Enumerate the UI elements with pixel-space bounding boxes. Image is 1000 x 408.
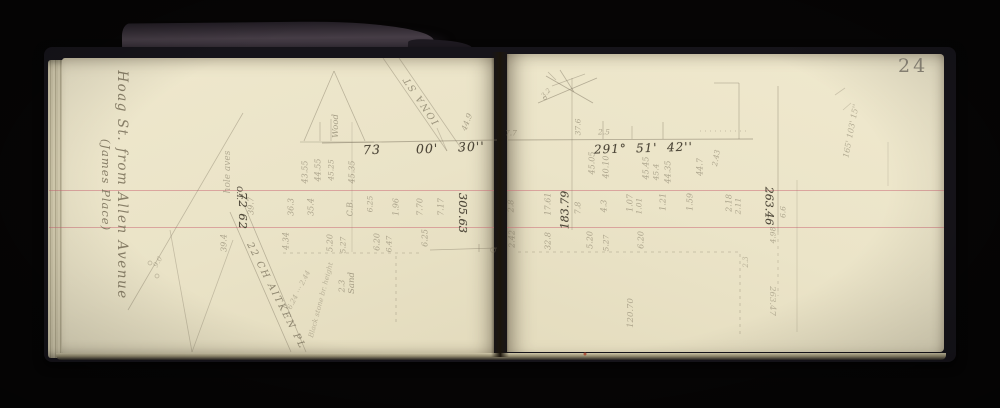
left-bearing-minutes: 00' <box>416 141 439 157</box>
pencil-annotation: 44.7 <box>696 158 705 176</box>
margin-title: Hoag St. from Allen Avenue (James Place) <box>96 70 130 300</box>
station-value: 72 62 <box>236 192 250 230</box>
pencil-annotation: 1.07 <box>626 194 635 212</box>
left-page-total: 305.63 <box>456 193 470 233</box>
pencil-annotation: 39.4 <box>220 234 229 252</box>
right-bearing-seconds: 42'' <box>667 140 693 155</box>
pencil-annotation: 4.98 <box>769 227 778 244</box>
left-bearing-degrees: 73 <box>363 142 381 158</box>
margin-title-line2: (James Place) <box>98 70 113 300</box>
pencil-annotation: Sand <box>347 272 357 294</box>
pencil-annotation: 1.01 <box>635 198 644 215</box>
pencil-annotation: 6.25 <box>366 196 375 213</box>
pencil-annotation: 7.8 <box>574 202 583 215</box>
margin-title-line1: Hoag St. from Allen Avenue <box>113 70 130 300</box>
pencil-annotation: 2.3 <box>742 256 750 267</box>
pencil-annotation: 45.35 <box>348 161 357 184</box>
pencil-annotation: 44.35 <box>664 161 673 184</box>
pencil-annotation: 45.25 <box>327 159 336 180</box>
pencil-annotation-layer: 45.3544.5543.5545.25Wood44.939.736.335.4… <box>0 0 1000 408</box>
pencil-annotation: 2.42 <box>508 230 517 248</box>
pencil-annotation: 43.55 <box>301 161 310 184</box>
pencil-annotation: 7.17 <box>437 198 446 216</box>
pencil-annotation: 5.20 <box>586 231 595 249</box>
pencil-annotation: 1.59 <box>686 193 695 211</box>
pencil-annotation: Wood <box>331 114 341 138</box>
pencil-annotation: 6.24 ⋯ 2.44 <box>286 269 312 311</box>
pencil-annotation: 32.8 <box>544 232 553 250</box>
pencil-annotation: 6.6 <box>779 206 788 218</box>
pencil-annotation: 6.25 <box>421 229 430 247</box>
page-number: 24 <box>898 55 928 77</box>
right-page-left-total: 183.79 <box>559 191 572 230</box>
right-page-right-total: 263.46 <box>763 187 776 226</box>
pencil-annotation: hole aves <box>223 151 233 194</box>
pencil-annotation: 35.4 <box>307 198 316 216</box>
pencil-annotation: 7.70 <box>416 198 425 216</box>
pencil-annotation: 120.70 <box>626 298 636 328</box>
pencil-annotation: 2.11 <box>734 198 743 215</box>
pencil-annotation: 45.45 <box>642 157 651 180</box>
pencil-annotation: 5.27 <box>339 237 348 254</box>
pencil-annotation: 36.3 <box>287 198 296 216</box>
pencil-annotation: 2.8 <box>507 200 516 213</box>
pencil-annotation: 6.20 <box>373 233 382 251</box>
pencil-annotation: 165' 103' 15'' <box>841 103 860 158</box>
pencil-annotation: 9.0 <box>152 255 164 269</box>
right-bearing-degrees: 291° <box>594 141 627 156</box>
pencil-annotation: 7.7 <box>505 129 517 138</box>
pencil-annotation: 6.20 <box>637 231 646 249</box>
pencil-annotation: 2.5 <box>598 128 610 137</box>
pencil-annotation: 45.4 <box>652 164 661 181</box>
right-bearing-minutes: 51' <box>636 141 658 156</box>
pencil-annotation: 4.3 <box>600 200 609 213</box>
pencil-annotation: 1.96 <box>392 198 401 216</box>
pencil-annotation: 2.43 <box>710 149 722 167</box>
pencil-annotation: 6.47 <box>385 236 394 253</box>
pencil-annotation: 2.3 <box>338 280 347 293</box>
left-bearing-seconds: 30'' <box>458 139 485 155</box>
pencil-annotation: 44.9 <box>460 112 475 132</box>
pencil-annotation: 17.61 <box>544 193 553 216</box>
pencil-annotation: 5.20 <box>326 234 335 252</box>
pencil-annotation: 263.47 <box>767 286 777 316</box>
pencil-annotation: 40.10 <box>602 156 611 179</box>
pencil-annotation: 3.2 <box>540 87 553 100</box>
pencil-annotation: 2.18 <box>725 194 734 212</box>
pencil-annotation: C.B. <box>346 200 355 217</box>
pencil-annotation: 4.34 <box>282 232 291 250</box>
pencil-annotation: 5.27 <box>602 235 611 252</box>
pencil-annotation: 44.55 <box>314 159 323 182</box>
pencil-annotation: 1.21 <box>659 193 668 211</box>
pencil-annotation: 37.6 <box>574 119 583 136</box>
